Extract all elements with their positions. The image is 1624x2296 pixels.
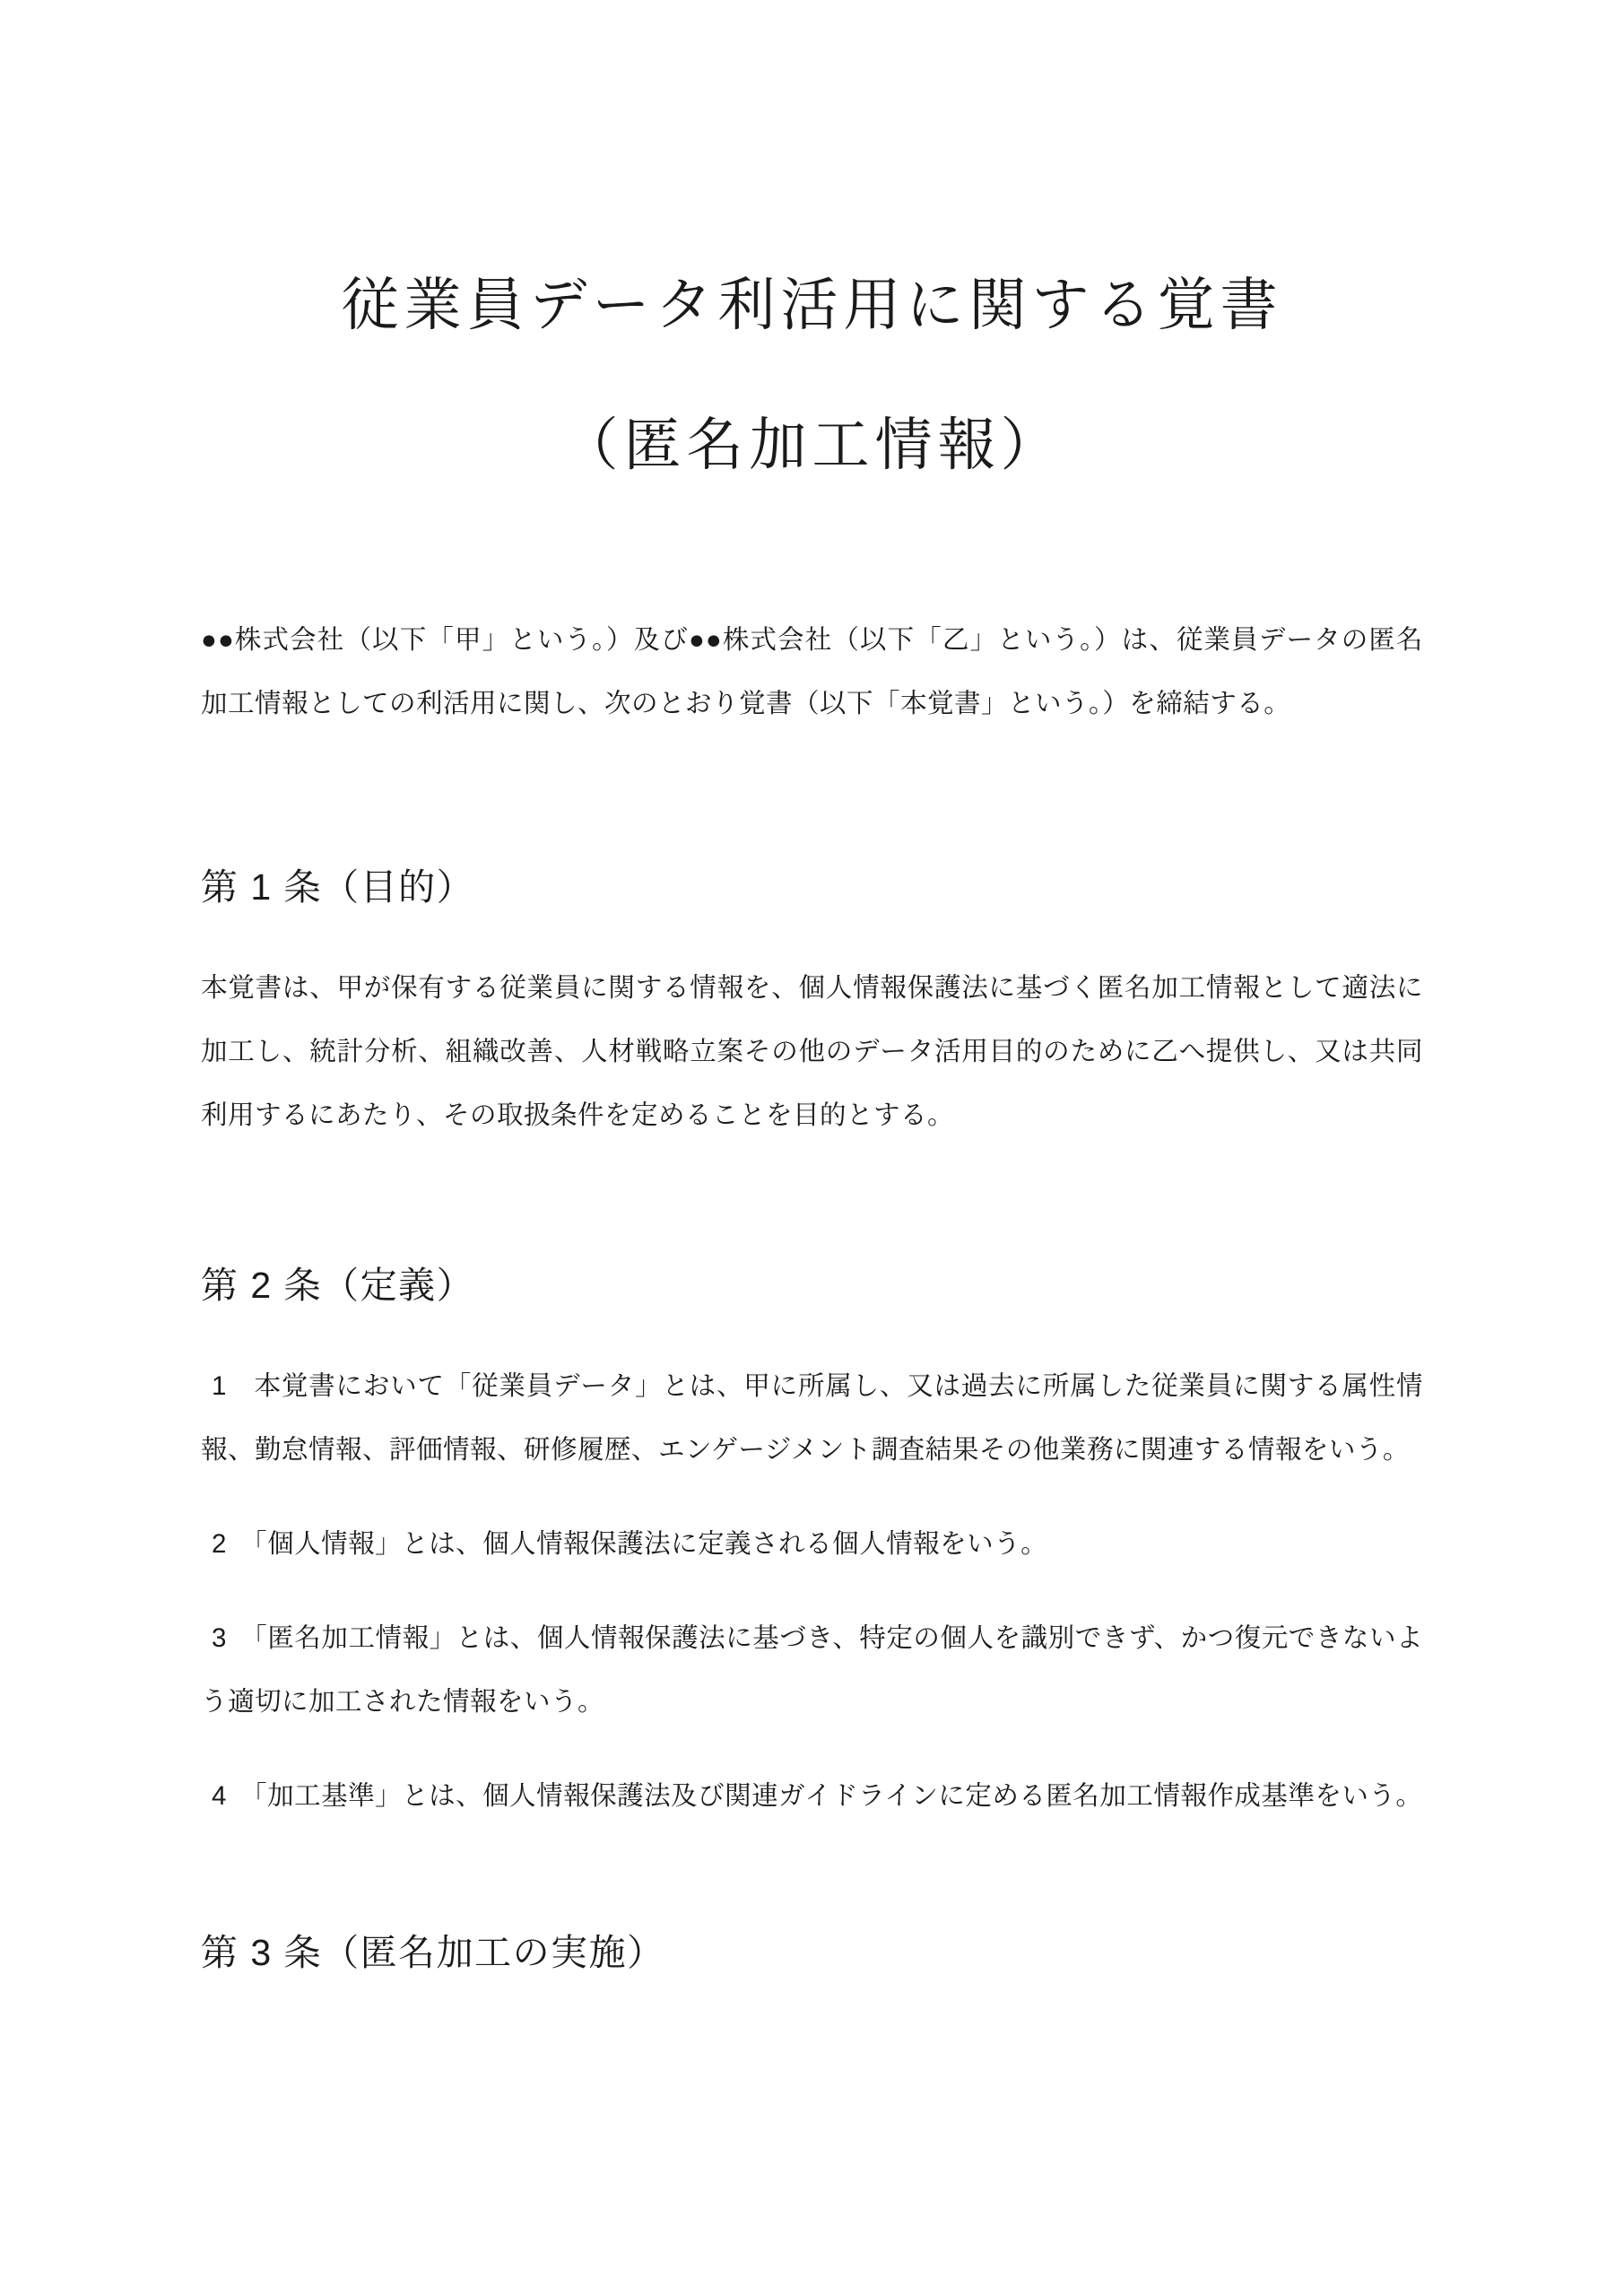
article-2: 第 2 条（定義） 1 本覚書において「従業員データ」とは、甲に所属し、又は過去… (201, 1264, 1423, 1828)
article-2-item-3: 3 「匿名加工情報」とは、個人情報保護法に基づき、特定の個人を識別できず、かつ復… (201, 1606, 1423, 1734)
article-2-item-4: 4 「加工基準」とは、個人情報保護法及び関連ガイドラインに定める匿名加工情報作成… (201, 1764, 1423, 1828)
article-3-heading: 第 3 条（匿名加工の実施） (201, 1931, 1423, 1975)
article-2-item-2: 2 「個人情報」とは、個人情報保護法に定義される個人情報をいう。 (201, 1512, 1423, 1576)
article-1: 第 1 条（目的） 本覚書は、甲が保有する従業員に関する情報を、個人情報保護法に… (201, 865, 1423, 1147)
article-2-heading: 第 2 条（定義） (201, 1264, 1423, 1308)
preamble-paragraph: ●●株式会社（以下「甲」という。）及び●●株式会社（以下「乙」という。）は、従業… (201, 608, 1423, 735)
article-1-body: 本覚書は、甲が保有する従業員に関する情報を、個人情報保護法に基づく匿名加工情報と… (201, 956, 1423, 1147)
document-page: 従業員データ利活用に関する覚書 （匿名加工情報） ●●株式会社（以下「甲」という… (0, 0, 1624, 2296)
article-1-heading: 第 1 条（目的） (201, 865, 1423, 909)
article-3: 第 3 条（匿名加工の実施） (201, 1931, 1423, 1975)
document-subtitle: （匿名加工情報） (201, 416, 1423, 474)
article-2-item-1: 1 本覚書において「従業員データ」とは、甲に所属し、又は過去に所属した従業員に関… (201, 1354, 1423, 1482)
document-title: 従業員データ利活用に関する覚書 (201, 0, 1423, 334)
